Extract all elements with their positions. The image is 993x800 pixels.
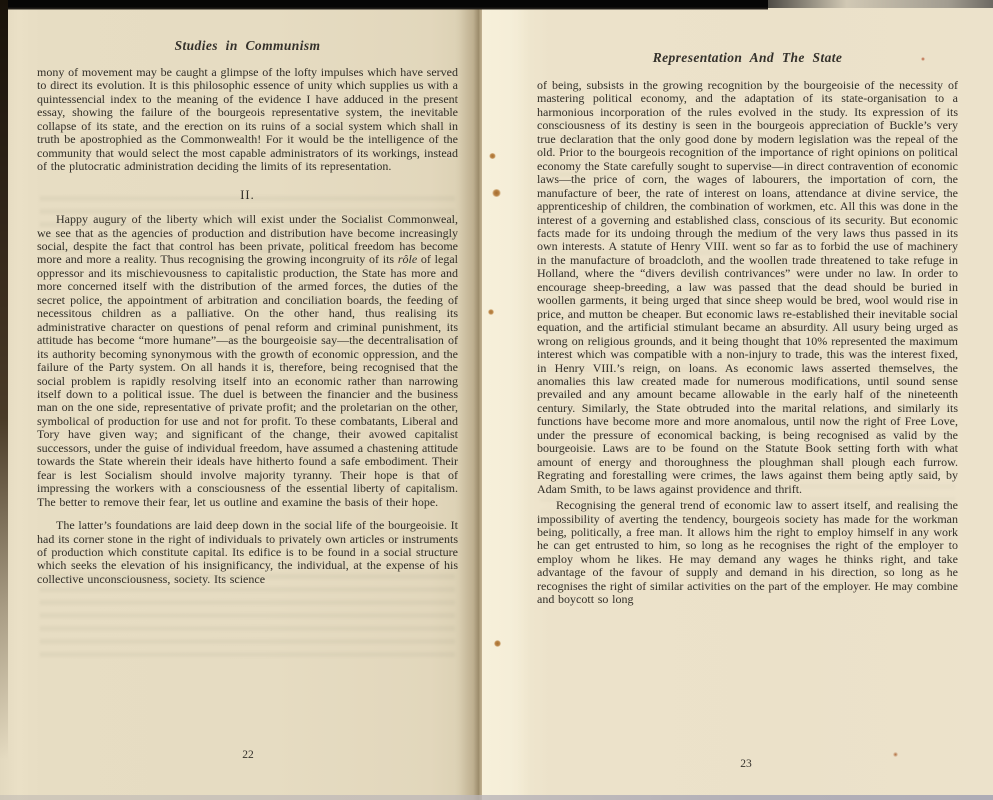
paragraph-text: Happy augury of the liberty which will e… bbox=[37, 212, 458, 266]
scan-edge-top-right bbox=[768, 0, 993, 8]
right-page-text-column: of being, subsists in the growing recogn… bbox=[537, 79, 958, 607]
paragraph: mony of movement may be caught a glimpse… bbox=[37, 66, 458, 174]
foxing-spot bbox=[893, 752, 898, 757]
page-number-left: 22 bbox=[218, 749, 278, 761]
paragraph: Happy augury of the liberty which will e… bbox=[37, 213, 458, 509]
page-number-right: 23 bbox=[716, 758, 776, 770]
foxing-spot bbox=[488, 309, 494, 315]
paragraph: Recognising the general trend of economi… bbox=[537, 499, 958, 607]
foxing-spot bbox=[492, 189, 501, 197]
paragraph: The latter’s foundations are laid deep d… bbox=[37, 519, 458, 586]
running-header-left: Studies in Communism bbox=[37, 38, 458, 54]
paragraph: of being, subsists in the growing recogn… bbox=[537, 79, 958, 496]
left-page-text-column: mony of movement may be caught a glimpse… bbox=[37, 66, 458, 586]
scan-edge-top bbox=[0, 0, 768, 10]
italic-word: rôle bbox=[398, 252, 417, 266]
book-scan: Studies in Communism mony of movement ma… bbox=[0, 0, 993, 800]
foxing-spot bbox=[921, 57, 925, 61]
gutter-shadow bbox=[455, 0, 481, 800]
paragraph-text: of legal oppressor and its mischievousne… bbox=[37, 252, 458, 508]
scan-edge-bottom bbox=[0, 795, 993, 800]
scan-edge-left bbox=[0, 0, 8, 760]
foxing-spot bbox=[489, 153, 496, 159]
foxing-spot bbox=[494, 640, 501, 647]
running-header-right: Representation And The State bbox=[537, 50, 958, 66]
gutter-highlight bbox=[482, 0, 530, 800]
section-heading: II. bbox=[37, 189, 458, 202]
